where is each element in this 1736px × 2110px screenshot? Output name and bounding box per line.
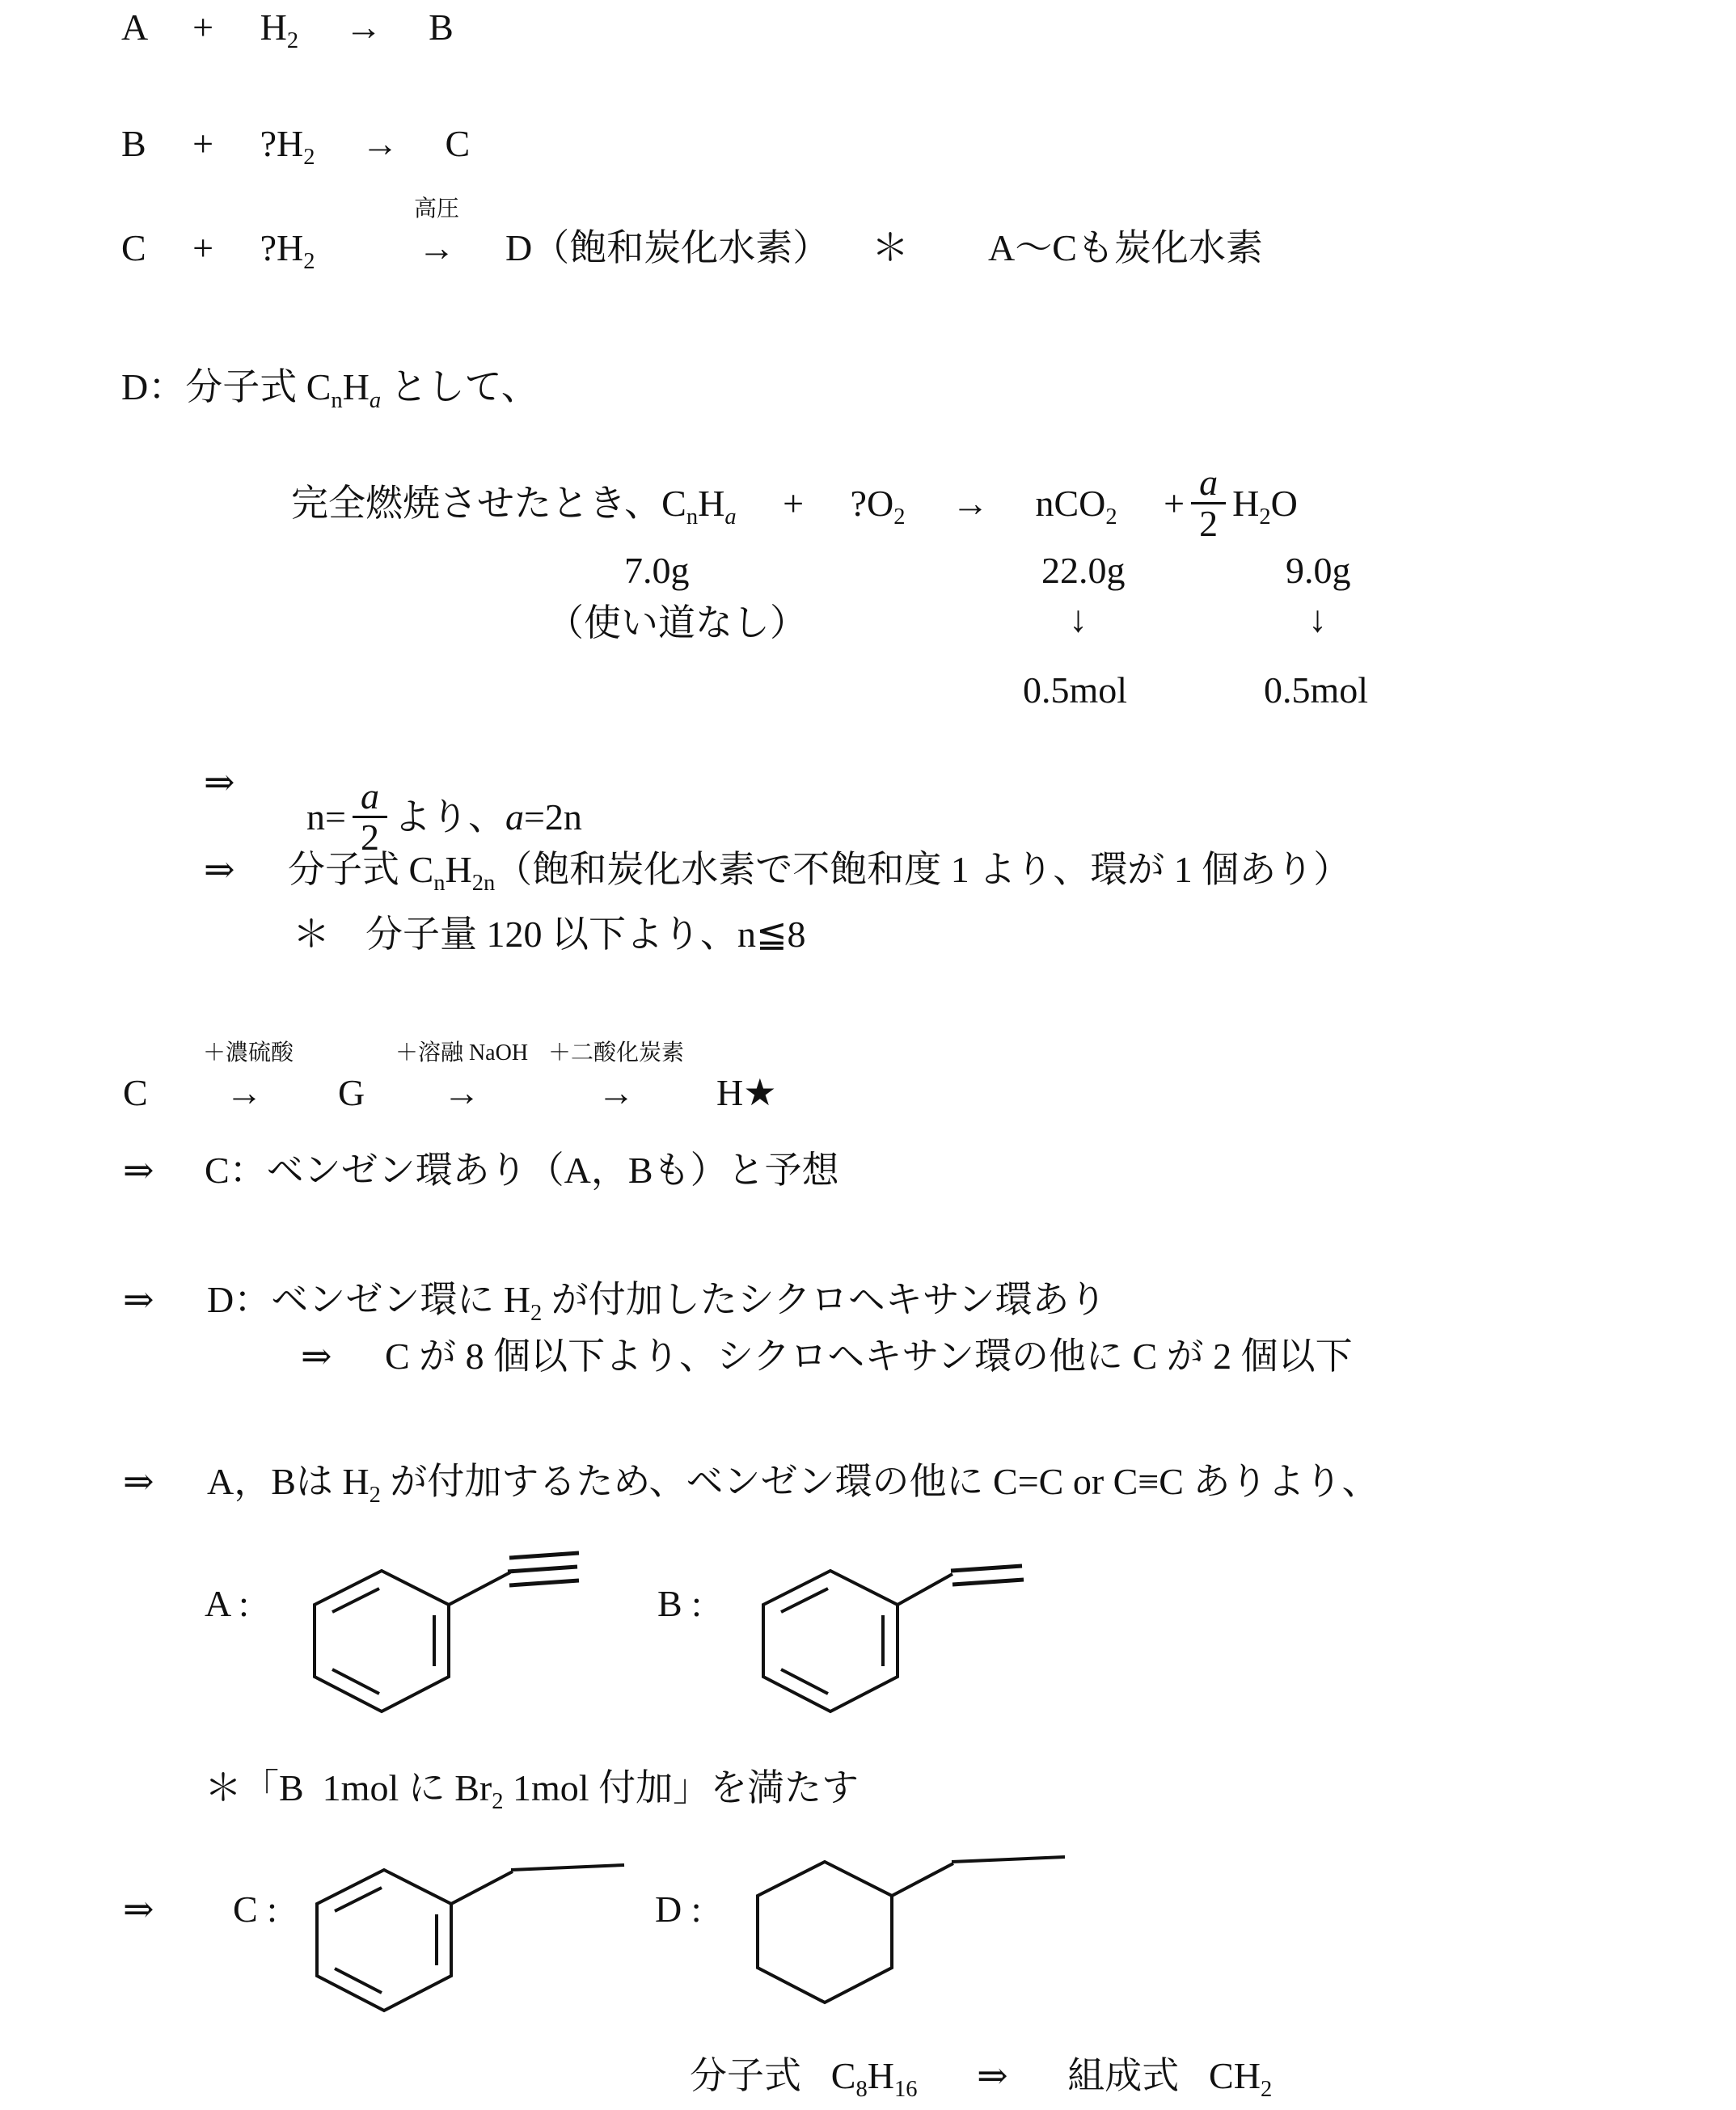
mol-h2o: 0.5mol bbox=[1264, 669, 1368, 712]
equation-c-to-d-right: D（飽和炭化水素） bbox=[505, 227, 830, 270]
d-formula-intro: D：分子式 CnHa として、 bbox=[121, 366, 539, 409]
arrow-right-icon: → bbox=[429, 1072, 494, 1115]
arrow-high-pressure-icon: → bbox=[388, 227, 485, 270]
ethyl-group bbox=[451, 1865, 624, 1904]
structure-a-label: A : bbox=[205, 1583, 249, 1626]
benzene-ring bbox=[315, 1571, 449, 1711]
implies-icon: ⇒ bbox=[204, 849, 235, 892]
cyclohexane-ring bbox=[758, 1862, 892, 2002]
structure-c-label: C : bbox=[233, 1888, 277, 1931]
deduce-n-pre: n= bbox=[306, 796, 346, 838]
fraction-numerator: a bbox=[1191, 463, 1226, 504]
arrow-right-icon: → bbox=[212, 1072, 277, 1115]
mass-h2o: 9.0g bbox=[1286, 550, 1351, 593]
deduce-n-a: a bbox=[505, 796, 524, 838]
combustion-right: H2O bbox=[1232, 483, 1298, 524]
down-arrow-icon: ↓ bbox=[1069, 598, 1088, 641]
note-asterisk: ＊ bbox=[293, 914, 330, 956]
ethyl-group bbox=[892, 1857, 1065, 1896]
chain-compound-c: C bbox=[123, 1072, 148, 1115]
note-no-use: （使い道なし） bbox=[547, 602, 807, 645]
conclusion-d-cyclohexane: D：ベンゼン環に H2 が付加したシクロヘキサン環あり bbox=[207, 1279, 1107, 1322]
deduce-formula-line: 分子式 CnH2n（飽和炭化水素で不飽和度 1 より、環が 1 個あり） bbox=[288, 849, 1350, 892]
structure-d-ethylcyclohexane bbox=[754, 1837, 1070, 2007]
chain-reagent-sulfuric-acid: ＋濃硫酸 bbox=[175, 1040, 321, 1066]
arrow-right-icon: → bbox=[584, 1072, 648, 1115]
deduce-n-post: =2n bbox=[524, 796, 582, 838]
structure-a-phenylacetylene bbox=[311, 1546, 586, 1715]
mass-co2: 22.0g bbox=[1041, 550, 1126, 593]
mass-cnha: 7.0g bbox=[624, 550, 690, 593]
implies-icon: ⇒ bbox=[123, 1279, 154, 1322]
combustion-left: 完全燃焼させたとき、CnHa + ?O2 → nCO2 + bbox=[291, 483, 1185, 524]
down-arrow-icon: ↓ bbox=[1308, 598, 1327, 641]
deduce-n-mid: より、 bbox=[394, 796, 505, 838]
combustion-equation: 完全燃焼させたとき、CnHa + ?O2 → nCO2 +a2H2O bbox=[198, 420, 1298, 543]
conclusion-d-carbon-count: C が 8 個以下より、シクロヘキサン環の他に C が 2 個以下 bbox=[385, 1336, 1353, 1378]
equation-b-to-c: B + ?H2 → C bbox=[121, 123, 470, 166]
implies-icon: ⇒ bbox=[301, 1336, 332, 1378]
structure-b-styrene bbox=[760, 1546, 1031, 1715]
equation-c-to-d-left: C + ?H2 bbox=[121, 227, 315, 270]
fraction-a-over-2: a2 bbox=[353, 777, 387, 858]
double-bond bbox=[951, 1566, 1024, 1585]
fraction-numerator: a bbox=[353, 777, 387, 818]
structure-d-label: D : bbox=[655, 1888, 702, 1931]
conclusion-ab-unsaturation: A，Bは H2 が付加するため、ベンゼン環の他に C=C or C≡C ありより… bbox=[207, 1461, 1379, 1504]
equation-a-to-b: A + H2 → B bbox=[121, 6, 454, 49]
conclusion-c-benzene: C：ベンゼン環あり（A，Bも）と予想 bbox=[205, 1150, 839, 1192]
structure-c-ethylbenzene bbox=[314, 1845, 629, 2015]
implies-icon: ⇒ bbox=[123, 1888, 154, 1931]
implies-icon: ⇒ bbox=[123, 1461, 154, 1504]
deduce-n-line: n=a2より、a=2n bbox=[288, 734, 582, 857]
condition-high-pressure: 高圧 bbox=[388, 196, 485, 222]
final-molecular-formula: 分子式 C8H16 ⇒ 組成式 CH2 bbox=[690, 2055, 1272, 2098]
structure-b-label: B : bbox=[657, 1583, 702, 1626]
note-molecular-weight: 分子量 120 以下より、n≦8 bbox=[365, 914, 806, 956]
chain-compound-h-star: H★ bbox=[716, 1072, 776, 1115]
triple-bond bbox=[508, 1553, 579, 1585]
chain-reagent-co2: ＋二酸化炭素 bbox=[541, 1040, 691, 1066]
fraction-denominator: 2 bbox=[1191, 504, 1226, 543]
note-br2-addition: ＊「B 1mol に Br2 1mol 付加」を満たす bbox=[205, 1767, 859, 1810]
chain-compound-g: G bbox=[338, 1072, 365, 1115]
benzene-ring bbox=[763, 1571, 898, 1711]
note-asterisk: ＊ bbox=[872, 227, 909, 270]
chain-reagent-molten-naoh: ＋溶融 NaOH bbox=[388, 1040, 535, 1066]
mol-co2: 0.5mol bbox=[1023, 669, 1127, 712]
note-a-to-c-hydrocarbons: A〜Cも炭化水素 bbox=[988, 227, 1263, 270]
implies-icon: ⇒ bbox=[204, 762, 235, 804]
implies-icon: ⇒ bbox=[123, 1150, 154, 1192]
fraction-a-over-2: a2 bbox=[1191, 463, 1226, 544]
benzene-ring bbox=[317, 1870, 451, 2011]
